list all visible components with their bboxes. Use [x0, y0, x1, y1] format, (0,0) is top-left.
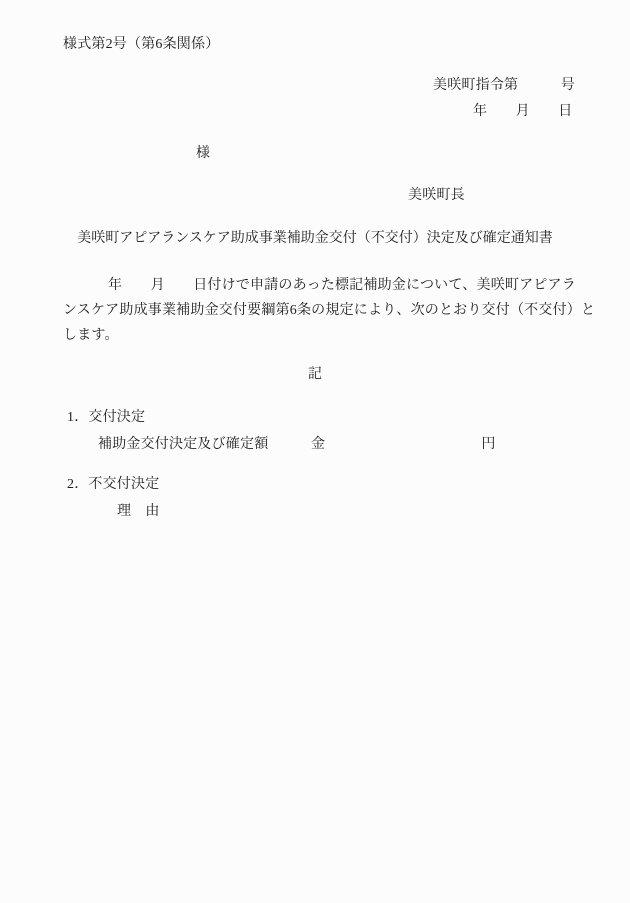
item-1-detail-amount-line: 補助金交付決定及び確定額 金 円	[98, 437, 496, 454]
form-number: 様式第2号（第6条関係）	[63, 37, 219, 54]
body-paragraph-line-1: 年 月 日付けで申請のあった標記補助金について、美咲町アピアラ	[108, 278, 576, 295]
section-marker: 記	[0, 367, 630, 384]
directive-number-line: 美咲町指令第 号	[433, 78, 575, 95]
issuer-title: 美咲町長	[408, 188, 465, 205]
document-page: 様式第2号（第6条関係） 美咲町指令第 号 年 月 日 様 美咲町長 美咲町アピ…	[0, 0, 630, 903]
item-2-heading: 2．不交付決定	[67, 477, 159, 494]
document-title: 美咲町アピアランスケア助成事業補助金交付（不交付）決定及び確定通知書	[0, 231, 630, 248]
recipient-honorific: 様	[196, 146, 210, 163]
item-1-heading: 1．交付決定	[67, 410, 145, 427]
date-line: 年 月 日	[473, 104, 572, 121]
body-paragraph-line-2: ンスケア助成事業補助金交付要綱第6条の規定により、次のとおり交付（不交付）と	[63, 303, 595, 320]
body-paragraph-line-3: します。	[63, 328, 119, 345]
item-2-detail-reason-label: 理 由	[117, 504, 160, 521]
